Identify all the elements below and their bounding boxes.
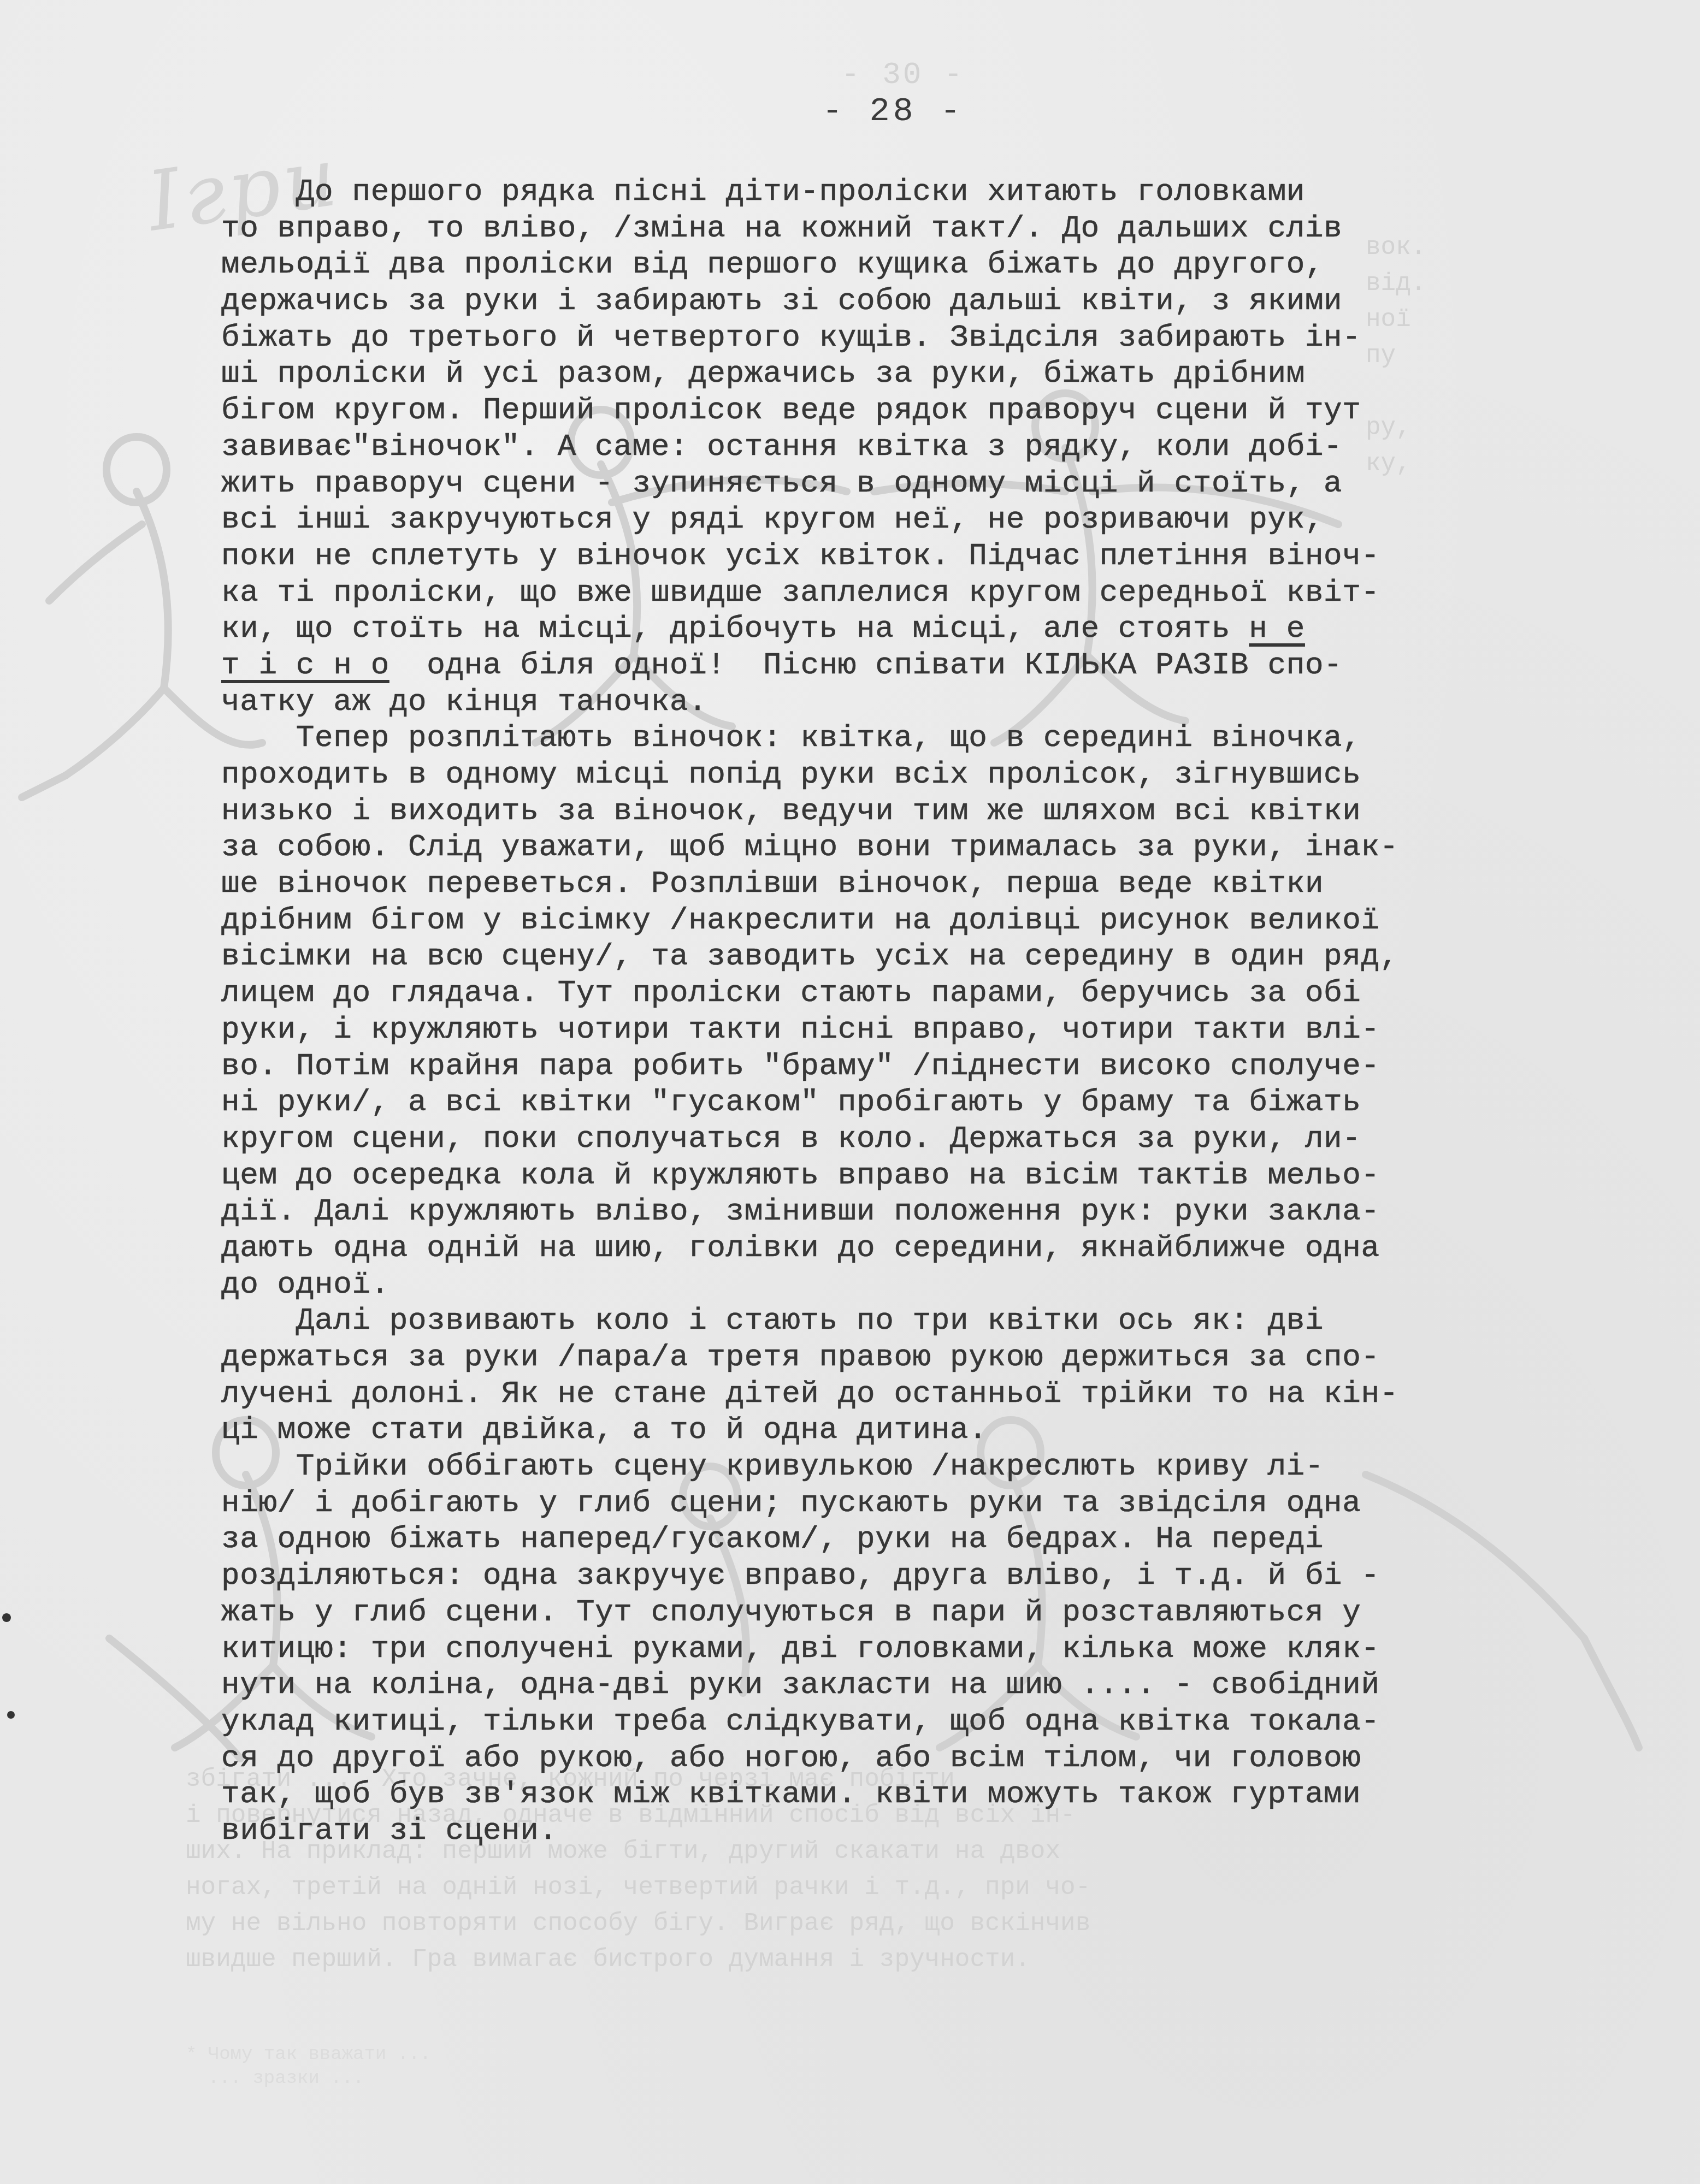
text-line-content: руки, і кружляють чотири такти пісні впр… — [221, 1012, 1380, 1047]
text-line: лицем до глядача. Тут проліски стають па… — [221, 975, 1620, 1011]
text-line: До першого рядка пісні діти-проліски хит… — [221, 174, 1620, 210]
text-line: ці може стати двійка, а то й одна дитина… — [221, 1412, 1620, 1448]
text-line: нути на коліна, одна-дві руки закласти н… — [221, 1667, 1620, 1703]
text-line: розділяються: одна закручує вправо, друг… — [221, 1558, 1620, 1594]
text-line: дають одна одній на шию, голівки до сере… — [221, 1230, 1620, 1266]
text-line-content: дії. Далі кружляють вліво, змінивши поло… — [221, 1194, 1380, 1229]
text-line: всі інші закручуються у ряді кругом неї,… — [221, 501, 1620, 538]
text-line: ки, що стоїть на місці, дрібочуть на міс… — [221, 611, 1620, 647]
text-line: нію/ і добігають у глиб сцени; пускають … — [221, 1485, 1620, 1522]
text-line-content: за собою. Слід уважати, щоб міцно вони т… — [221, 830, 1398, 865]
text-line-content: Трійки оббігають сцену кривулькою /накре… — [221, 1449, 1324, 1484]
text-line-content: лицем до глядача. Тут проліски стають па… — [221, 975, 1361, 1010]
text-line: Далі розвивають коло і стають по три кві… — [221, 1303, 1620, 1339]
text-line-content: мельодії два проліски від першого кущика… — [221, 247, 1324, 282]
text-line-content: ці може стати двійка, а то й одна дитина… — [221, 1412, 987, 1447]
text-line: уклад китиці, тільки треба слідкувати, щ… — [221, 1703, 1620, 1740]
text-line-content: ка ті проліски, що вже швидше заплелися … — [221, 575, 1380, 610]
text-line-content: держаться за руки /пара/а третя правою р… — [221, 1340, 1380, 1375]
text-line-content: поки не сплетуть у віночок усіх квіток. … — [221, 538, 1380, 573]
text-line: мельодії два проліски від першого кущика… — [221, 246, 1620, 283]
text-line-content: вибігати зі сцени. — [221, 1813, 558, 1848]
text-line-content: так, щоб був зв'язок між квітками. квіти… — [221, 1777, 1361, 1812]
text-line-content: уклад китиці, тільки треба слідкувати, щ… — [221, 1704, 1380, 1739]
text-line-content: завиває"віночок". А саме: остання квітка… — [221, 429, 1342, 464]
text-line-content: чатку аж до кінця таночка. — [221, 684, 707, 719]
text-line: кругом сцени, поки сполучаться в коло. Д… — [221, 1121, 1620, 1157]
margin-dot — [7, 1711, 15, 1719]
text-line: ні руки/, а всі квітки "гусаком" пробіга… — [221, 1084, 1620, 1121]
text-line-content: за одною біжать наперед/гусаком/, руки н… — [221, 1522, 1324, 1556]
text-line-content: ся до другої або рукою, або ногою, або в… — [221, 1741, 1361, 1775]
text-line: до одної. — [221, 1266, 1620, 1303]
text-line: низько і виходить за віночок, ведучи тим… — [221, 793, 1620, 830]
text-line: бігом кругом. Перший пролісок веде рядок… — [221, 392, 1620, 429]
text-line-content: до одної. — [221, 1267, 389, 1302]
text-line-content: проходить в одному місці попід руки всіх… — [221, 757, 1361, 792]
text-line-content: дрібним бігом у вісімку /накреслити на д… — [221, 903, 1380, 938]
text-line-content: держачись за руки і забирають зі собою д… — [221, 283, 1342, 318]
text-line-content: во. Потім крайня пара робить "браму" /пі… — [221, 1049, 1380, 1084]
text-line: вибігати зі сцени. — [221, 1813, 1620, 1849]
text-line: руки, і кружляють чотири такти пісні впр… — [221, 1011, 1620, 1048]
text-line-content: дають одна одній на шию, голівки до сере… — [221, 1230, 1380, 1265]
text-line: біжать до третього й четвертого кущів. З… — [221, 319, 1620, 356]
text-line-content: Тепер розплітають віночок: квітка, що в … — [221, 720, 1361, 755]
text-line-content: жить праворуч сцени - зупиняється в одно… — [221, 466, 1342, 501]
text-line: Тепер розплітають віночок: квітка, що в … — [221, 720, 1620, 756]
margin-dot — [2, 1613, 11, 1622]
text-line-continuation: одна біля одної! Пісню співати КІЛЬКА РА… — [389, 648, 1342, 683]
text-line: дрібним бігом у вісімку /накреслити на д… — [221, 902, 1620, 939]
body-text: До першого рядка пісні діти-проліски хит… — [221, 174, 1620, 1849]
text-line-content: лучені долоні. Як не стане дітей до оста… — [221, 1376, 1398, 1411]
text-line: т і с н о одна біля одної! Пісню співати… — [221, 647, 1620, 684]
text-line: за собою. Слід уважати, щоб міцно вони т… — [221, 829, 1620, 866]
text-line: ка ті проліски, що вже швидше заплелися … — [221, 575, 1620, 611]
text-line: ші проліски й усі разом, держачись за ру… — [221, 356, 1620, 392]
underlined-emphasis: т і с н о — [221, 648, 389, 683]
text-line: Трійки оббігають сцену кривулькою /накре… — [221, 1448, 1620, 1485]
text-line-content: бігом кругом. Перший пролісок веде рядок… — [221, 393, 1361, 428]
text-line: за одною біжать наперед/гусаком/, руки н… — [221, 1521, 1620, 1558]
text-line: во. Потім крайня пара робить "браму" /пі… — [221, 1048, 1620, 1085]
text-line: цем до осередка кола й кружляють вправо … — [221, 1157, 1620, 1194]
page-number: - 28 - — [822, 92, 964, 131]
text-line-content: низько і виходить за віночок, ведучи тим… — [221, 794, 1361, 828]
text-line-content: ні руки/, а всі квітки "гусаком" пробіга… — [221, 1085, 1361, 1120]
text-line: жать у глиб сцени. Тут сполучуються в па… — [221, 1594, 1620, 1631]
text-line: то вправо, то вліво, /зміна на кожний та… — [221, 210, 1620, 247]
text-line: ше віночок переветься. Розплівши віночок… — [221, 866, 1620, 902]
text-line-content: то вправо, то вліво, /зміна на кожний та… — [221, 211, 1342, 246]
text-line: жить праворуч сцени - зупиняється в одно… — [221, 465, 1620, 502]
text-line-content: кругом сцени, поки сполучаться в коло. Д… — [221, 1121, 1361, 1156]
text-line: дії. Далі кружляють вліво, змінивши поло… — [221, 1193, 1620, 1230]
text-line: держачись за руки і забирають зі собою д… — [221, 283, 1620, 319]
text-line-content: біжать до третього й четвертого кущів. З… — [221, 320, 1361, 355]
underlined-emphasis: н е — [1249, 611, 1305, 646]
text-line-content: китицю: три сполучені руками, дві головк… — [221, 1631, 1380, 1666]
text-line: завиває"віночок". А саме: остання квітка… — [221, 429, 1620, 465]
text-line-content: ки, що стоїть на місці, дрібочуть на міс… — [221, 611, 1249, 646]
text-line-content: цем до осередка кола й кружляють вправо … — [221, 1158, 1380, 1193]
text-line: поки не сплетуть у віночок усіх квіток. … — [221, 538, 1620, 575]
text-line: вісімки на всю сцену/, та заводить усіх … — [221, 938, 1620, 975]
text-line-content: вісімки на всю сцену/, та заводить усіх … — [221, 939, 1398, 974]
text-line: держаться за руки /пара/а третя правою р… — [221, 1339, 1620, 1376]
text-line-content: ші проліски й усі разом, держачись за ру… — [221, 356, 1305, 391]
text-line-content: нію/ і добігають у глиб сцени; пускають … — [221, 1485, 1361, 1520]
text-line-content: нути на коліна, одна-дві руки закласти н… — [221, 1667, 1380, 1702]
text-line: ся до другої або рукою, або ногою, або в… — [221, 1740, 1620, 1777]
text-line: проходить в одному місці попід руки всіх… — [221, 756, 1620, 793]
text-line-content: розділяються: одна закручує вправо, друг… — [221, 1558, 1380, 1593]
text-line: чатку аж до кінця таночка. — [221, 684, 1620, 720]
text-line-content: До першого рядка пісні діти-проліски хит… — [221, 174, 1305, 209]
text-line-content: Далі розвивають коло і стають по три кві… — [221, 1303, 1324, 1338]
text-line-content: жать у глиб сцени. Тут сполучуються в па… — [221, 1595, 1361, 1630]
text-line-content: ше віночок переветься. Розплівши віночок… — [221, 866, 1324, 901]
text-line: так, щоб був зв'язок між квітками. квіти… — [221, 1776, 1620, 1813]
text-line: лучені долоні. Як не стане дітей до оста… — [221, 1376, 1620, 1412]
text-line: китицю: три сполучені руками, дві головк… — [221, 1631, 1620, 1667]
text-line-content: всі інші закручуються у ряді кругом неї,… — [221, 502, 1324, 537]
